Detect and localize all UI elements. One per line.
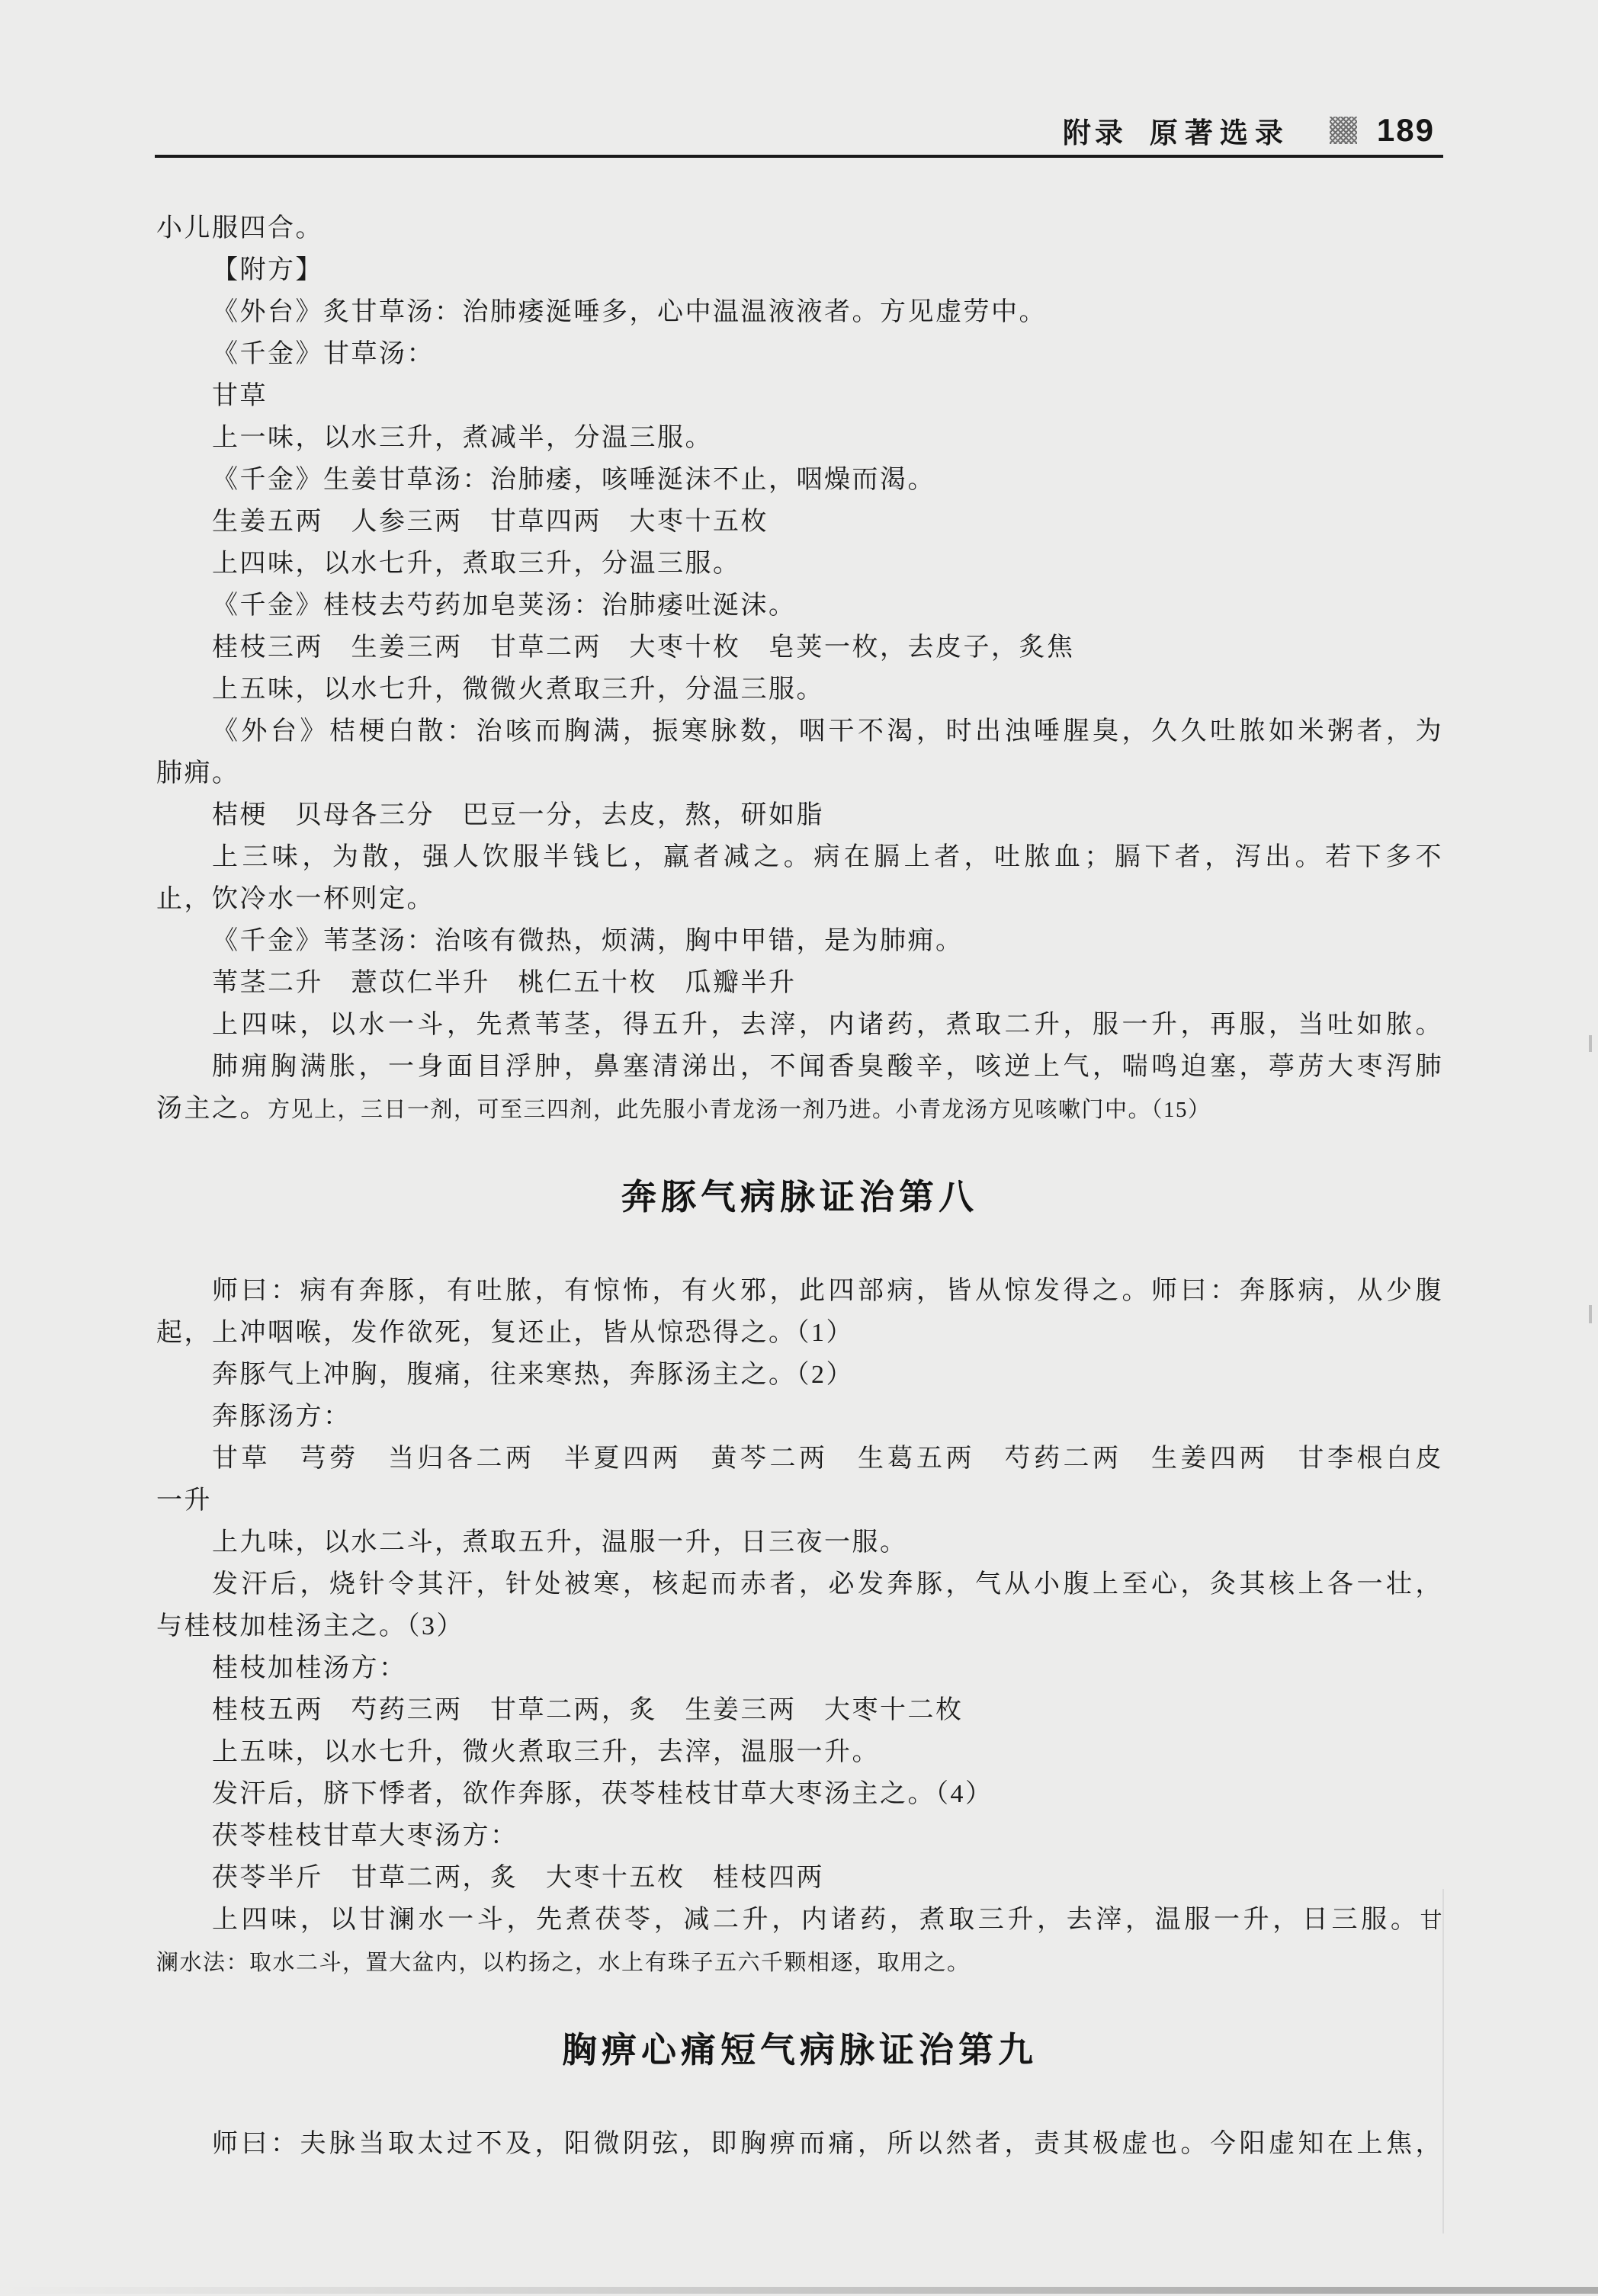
scan-speck	[1589, 1305, 1592, 1323]
section-heading: 奔豚气病脉证治第八	[156, 1174, 1443, 1221]
text-line: 起，上冲咽喉，发作欲死，复还止，皆从惊恐得之。（1）	[156, 1312, 1443, 1354]
text-line: 上三味，为散，强人饮服半钱匕，羸者减之。病在膈上者，吐脓血；膈下者，泻出。若下多…	[156, 836, 1443, 878]
text-run: 上五味，以水七升，微火煮取三升，去滓，温服一升。	[212, 1738, 880, 1766]
book-page: 附录 原著选录 189 小儿服四合。【附方】《外台》炙甘草汤：治肺痿涎唾多，心中…	[0, 0, 1598, 2296]
text-line: 澜水法：取水二斗，置大盆内，以杓扬之，水上有珠子五六千颗相逐，取用之。	[156, 1941, 1443, 1983]
text-line: 发汗后，脐下悸者，欲作奔豚，茯苓桂枝甘草大枣汤主之。（4）	[156, 1773, 1443, 1815]
section-heading: 胸痹心痛短气病脉证治第九	[156, 2027, 1443, 2074]
text-run: 茯苓桂枝甘草大枣汤方：	[212, 1822, 518, 1850]
text-run: 方见上，三日一剂，可至三四剂，此先服小青龙汤一剂乃进。小青龙汤方见咳嗽门中。（1…	[268, 1098, 1211, 1122]
scan-edge	[0, 2287, 1598, 2294]
scan-crease	[1442, 1889, 1444, 2233]
scan-speck	[1589, 1035, 1592, 1052]
text-run: 上五味，以水七升，微微火煮取三升，分温三服。	[212, 675, 824, 704]
text-run: 奔豚汤方：	[212, 1403, 351, 1431]
text-run: 《千金》生姜甘草汤：治肺痿，咳唾涎沫不止，咽燥而渴。	[212, 466, 935, 494]
text-line: 与桂枝加桂汤主之。（3）	[156, 1605, 1443, 1647]
text-run: 《外台》炙甘草汤：治肺痿涎唾多，心中温温液液者。方见虚劳中。	[212, 298, 1047, 326]
text-run: 茯苓半斤 甘草二两，炙 大枣十五枚 桂枝四两	[212, 1864, 824, 1892]
text-run: 上四味，以水七升，煮取三升，分温三服。	[212, 550, 741, 578]
text-line: 甘草	[156, 375, 1443, 417]
text-line: 上五味，以水七升，微微火煮取三升，分温三服。	[156, 669, 1443, 710]
text-line: 甘草 芎䓖 当归各二两 半夏四两 黄芩二两 生葛五两 芍药二两 生姜四两 甘李根…	[156, 1438, 1443, 1480]
text-line: 上四味，以水一斗，先煮苇茎，得五升，去滓，内诸药，煮取二升，服一升，再服，当吐如…	[156, 1004, 1443, 1046]
text-run: 上九味，以水二斗，煮取五升，温服一升，日三夜一服。	[212, 1528, 908, 1557]
text-run: 【附方】	[212, 256, 323, 284]
text-line: 止，饮冷水一杯则定。	[156, 878, 1443, 920]
text-run: 止，饮冷水一杯则定。	[156, 885, 435, 913]
text-run: 发汗后，脐下悸者，欲作奔豚，茯苓桂枝甘草大枣汤主之。（4）	[212, 1780, 993, 1808]
text-line: 生姜五两 人参三两 甘草四两 大枣十五枚	[156, 501, 1443, 543]
text-line: 奔豚汤方：	[156, 1396, 1443, 1438]
text-run: 肺痈。	[156, 759, 240, 787]
text-run: 桂枝五两 芍药三两 甘草二两，炙 生姜三两 大枣十二枚	[212, 1696, 964, 1724]
text-run: 苇茎二升 薏苡仁半升 桃仁五十枚 瓜瓣半升	[212, 969, 797, 997]
page-number: 189	[1377, 112, 1435, 149]
text-run: 《外台》桔梗白散：治咳而胸满，振寒脉数，咽干不渴，时出浊唾腥臭，久久吐脓如米粥者…	[212, 717, 1443, 746]
text-line: 茯苓桂枝甘草大枣汤方：	[156, 1815, 1443, 1857]
text-run: 澜水法：取水二斗，置大盆内，以杓扬之，水上有珠子五六千颗相逐，取用之。	[156, 1951, 971, 1975]
text-run: 甘草	[212, 382, 268, 410]
text-line: 《千金》桂枝去芍药加皂荚汤：治肺痿吐涎沫。	[156, 585, 1443, 627]
page-header: 附录 原著选录 189	[1063, 110, 1435, 151]
text-line: 师曰：夫脉当取太过不及，阳微阴弦，即胸痹而痛，所以然者，责其极虚也。今阳虚知在上…	[156, 2123, 1443, 2165]
text-run: 胸痹心痛短气病脉证治第九	[562, 2031, 1038, 2070]
text-run: 肺痈胸满胀，一身面目浮肿，鼻塞清涕出，不闻香臭酸辛，咳逆上气，喘鸣迫塞，葶苈大枣…	[212, 1053, 1443, 1081]
text-run: 师曰：病有奔豚，有吐脓，有惊怖，有火邪，此四部病，皆从惊发得之。师曰：奔豚病，从…	[212, 1277, 1443, 1305]
text-run: 一升	[156, 1486, 212, 1515]
text-line: 汤主之。方见上，三日一剂，可至三四剂，此先服小青龙汤一剂乃进。小青龙汤方见咳嗽门…	[156, 1088, 1443, 1130]
text-run: 起，上冲咽喉，发作欲死，复还止，皆从惊恐得之。（1）	[156, 1319, 854, 1347]
text-run: 奔豚气病脉证治第八	[621, 1178, 978, 1217]
text-run: 桔梗 贝母各三分 巴豆一分，去皮，熬，研如脂	[212, 801, 824, 829]
text-run: 奔豚气上冲胸，腹痛，往来寒热，奔豚汤主之。（2）	[212, 1361, 854, 1389]
text-line: 苇茎二升 薏苡仁半升 桃仁五十枚 瓜瓣半升	[156, 962, 1443, 1004]
text-line: 上九味，以水二斗，煮取五升，温服一升，日三夜一服。	[156, 1522, 1443, 1563]
text-line: 肺痈胸满胀，一身面目浮肿，鼻塞清涕出，不闻香臭酸辛，咳逆上气，喘鸣迫塞，葶苈大枣…	[156, 1046, 1443, 1088]
header-section-title: 原著选录	[1150, 110, 1290, 151]
text-line: 《千金》生姜甘草汤：治肺痿，咳唾涎沫不止，咽燥而渴。	[156, 459, 1443, 501]
text-line: 上四味，以甘澜水一斗，先煮茯苓，减二升，内诸药，煮取三升，去滓，温服一升，日三服…	[156, 1899, 1443, 1941]
text-line: 师曰：病有奔豚，有吐脓，有惊怖，有火邪，此四部病，皆从惊发得之。师曰：奔豚病，从…	[156, 1270, 1443, 1312]
text-line: 桂枝加桂汤方：	[156, 1647, 1443, 1689]
text-run: 《千金》苇茎汤：治咳有微热，烦满，胸中甲错，是为肺痈。	[212, 927, 964, 955]
text-line: 上五味，以水七升，微火煮取三升，去滓，温服一升。	[156, 1731, 1443, 1773]
text-line: 肺痈。	[156, 752, 1443, 794]
header-section-label: 附录	[1063, 110, 1127, 151]
text-run: 发汗后，烧针令其汗，针处被寒，核起而赤者，必发奔豚，气从小腹上至心，灸其核上各一…	[212, 1570, 1443, 1599]
text-run: 上三味，为散，强人饮服半钱匕，羸者减之。病在膈上者，吐脓血；膈下者，泻出。若下多…	[212, 843, 1443, 871]
halftone-square-icon	[1330, 117, 1357, 144]
text-line: 一升	[156, 1480, 1443, 1522]
text-line: 《千金》甘草汤：	[156, 333, 1443, 375]
text-run: 汤主之。	[156, 1095, 268, 1123]
text-line: 桂枝五两 芍药三两 甘草二两，炙 生姜三两 大枣十二枚	[156, 1689, 1443, 1731]
text-line: 桂枝三两 生姜三两 甘草二两 大枣十枚 皂荚一枚，去皮子，炙焦	[156, 627, 1443, 669]
text-line: 发汗后，烧针令其汗，针处被寒，核起而赤者，必发奔豚，气从小腹上至心，灸其核上各一…	[156, 1563, 1443, 1605]
text-run: 甘草 芎䓖 当归各二两 半夏四两 黄芩二两 生葛五两 芍药二两 生姜四两 甘李根…	[212, 1445, 1443, 1473]
text-line: 小儿服四合。	[156, 207, 1443, 249]
text-line: 《千金》苇茎汤：治咳有微热，烦满，胸中甲错，是为肺痈。	[156, 920, 1443, 962]
text-run: 与桂枝加桂汤主之。（3）	[156, 1612, 464, 1640]
text-line: 《外台》炙甘草汤：治肺痿涎唾多，心中温温液液者。方见虚劳中。	[156, 291, 1443, 333]
text-run: 甘	[1420, 1909, 1443, 1933]
text-line: 《外台》桔梗白散：治咳而胸满，振寒脉数，咽干不渴，时出浊唾腥臭，久久吐脓如米粥者…	[156, 710, 1443, 752]
text-run: 上四味，以水一斗，先煮苇茎，得五升，去滓，内诸药，煮取二升，服一升，再服，当吐如…	[212, 1011, 1443, 1039]
text-run: 《千金》甘草汤：	[212, 340, 435, 368]
text-run: 生姜五两 人参三两 甘草四两 大枣十五枚	[212, 508, 769, 536]
text-run: 《千金》桂枝去芍药加皂荚汤：治肺痿吐涎沫。	[212, 592, 797, 620]
text-line: 茯苓半斤 甘草二两，炙 大枣十五枚 桂枝四两	[156, 1857, 1443, 1899]
text-run: 上一味，以水三升，煮减半，分温三服。	[212, 424, 713, 452]
text-line: 上四味，以水七升，煮取三升，分温三服。	[156, 543, 1443, 585]
text-run: 师曰：夫脉当取太过不及，阳微阴弦，即胸痹而痛，所以然者，责其极虚也。今阳虚知在上…	[212, 2130, 1443, 2158]
text-line: 上一味，以水三升，煮减半，分温三服。	[156, 417, 1443, 459]
text-run: 桂枝三两 生姜三两 甘草二两 大枣十枚 皂荚一枚，去皮子，炙焦	[212, 633, 1075, 662]
text-line: 奔豚气上冲胸，腹痛，往来寒热，奔豚汤主之。（2）	[156, 1354, 1443, 1396]
header-rule	[155, 155, 1443, 158]
text-run: 上四味，以甘澜水一斗，先煮茯苓，减二升，内诸药，煮取三升，去滓，温服一升，日三服…	[212, 1906, 1420, 1934]
text-line: 桔梗 贝母各三分 巴豆一分，去皮，熬，研如脂	[156, 794, 1443, 836]
page-content: 小儿服四合。【附方】《外台》炙甘草汤：治肺痿涎唾多，心中温温液液者。方见虚劳中。…	[156, 207, 1443, 2165]
text-run: 桂枝加桂汤方：	[212, 1654, 407, 1682]
text-run: 小儿服四合。	[156, 214, 323, 242]
text-line: 【附方】	[156, 249, 1443, 291]
